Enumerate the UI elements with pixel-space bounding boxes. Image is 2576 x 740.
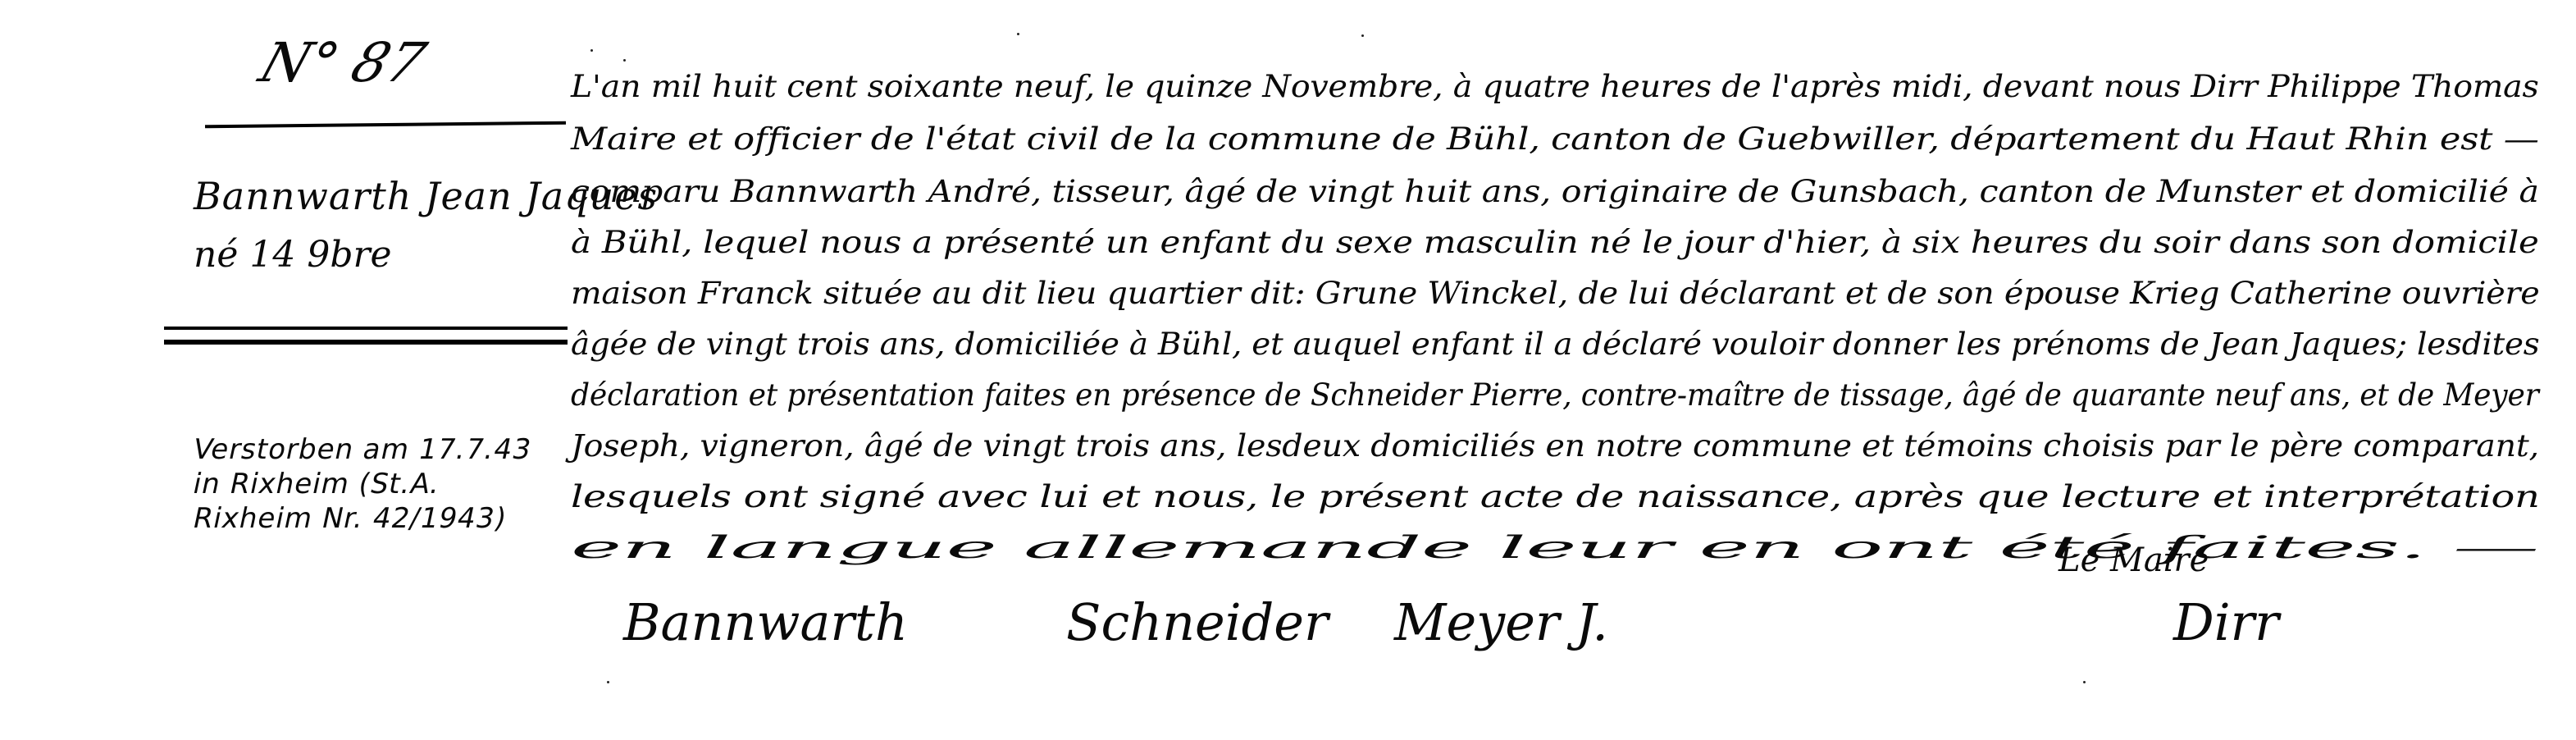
signature-witness-1: Schneider xyxy=(1066,592,1329,652)
margin-double-rule-1 xyxy=(164,327,568,330)
scan-speck xyxy=(1017,33,1019,35)
scan-speck xyxy=(623,59,626,62)
annotation-line: Rixheim Nr. 42/1943) xyxy=(190,502,510,535)
scan-speck xyxy=(590,49,593,52)
margin-rule-top xyxy=(205,121,566,129)
annotation-line: Verstorben am 17.7.43 xyxy=(190,433,535,466)
margin-birth-date: né 14 9bre xyxy=(194,234,392,276)
signature-mayor: Dirr xyxy=(2173,592,2279,652)
body-line: comparu Bannwarth André, tisseur, âgé de… xyxy=(571,174,2539,209)
body-line: âgée de vingt trois ans, domiciliée à Bü… xyxy=(571,327,2539,362)
margin-double-rule-2 xyxy=(164,340,568,345)
scan-speck xyxy=(1361,34,1364,37)
body-line: Joseph, vigneron, âgé de vingt trois ans… xyxy=(571,428,2539,464)
scan-speck xyxy=(2083,681,2086,683)
body-line: lesquels ont signé avec lui et nous, le … xyxy=(571,479,2540,514)
body-line: Maire et officier de l'état civil de la … xyxy=(571,121,2539,157)
act-number: N° 87 xyxy=(252,31,433,94)
body-line: en langue allemande leur en ont été fait… xyxy=(571,530,2539,565)
body-line: maison Franck située au dit lieu quartie… xyxy=(571,276,2540,311)
scan-speck xyxy=(607,681,609,683)
signature-father: Bannwarth xyxy=(623,592,908,652)
body-line: L'an mil huit cent soixante neuf, le qui… xyxy=(571,69,2539,104)
signature-witness-2: Meyer J. xyxy=(1394,592,1608,652)
body-line: à Bühl, lequel nous a présenté un enfant… xyxy=(571,225,2539,260)
body-line: déclaration et présentation faites en pr… xyxy=(571,377,2539,413)
mayor-title: Le Maire xyxy=(2059,541,2209,579)
annotation-line: in Rixheim (St.A. xyxy=(190,468,444,500)
